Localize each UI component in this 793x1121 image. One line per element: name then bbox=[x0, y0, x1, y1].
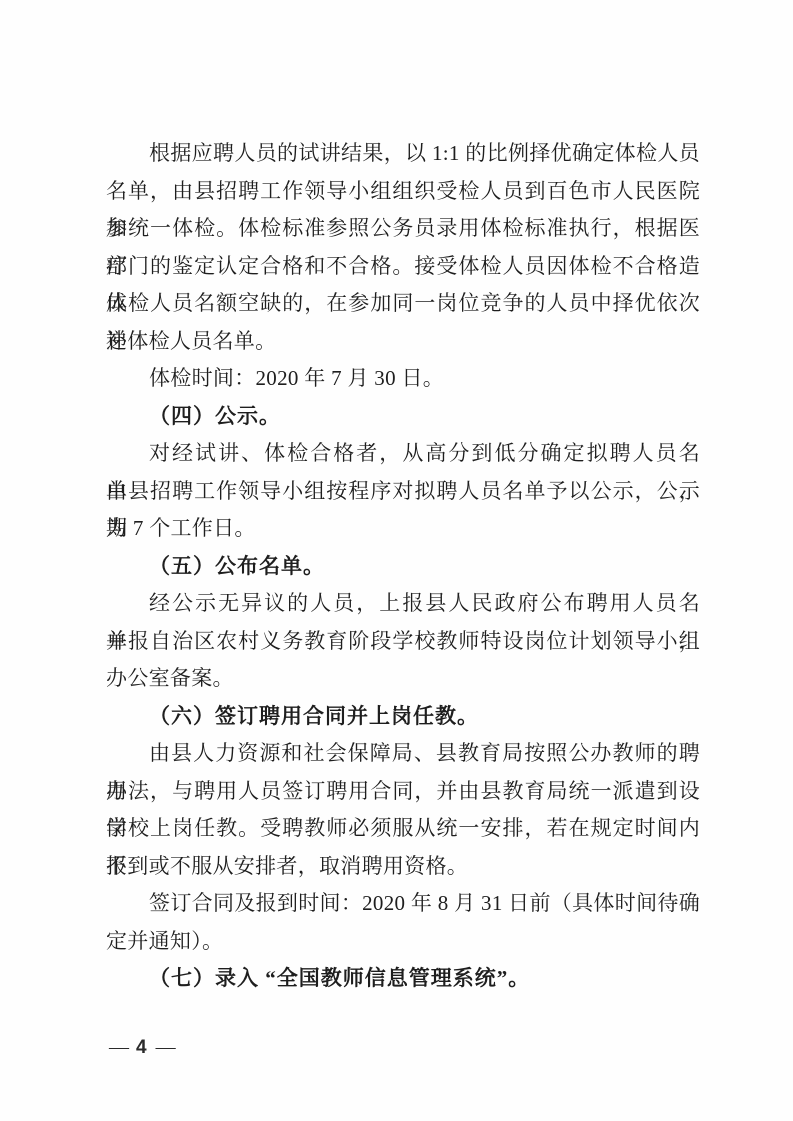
document-body: 根据应聘人员的试讲结果，以 1:1 的比例择优确定体检人员 名单，由县招聘工作领… bbox=[106, 135, 700, 998]
section-heading-5: （五）公布名单。 bbox=[106, 548, 700, 586]
section-heading-4: （四）公示。 bbox=[106, 398, 700, 436]
paragraph-line: 办公室备案。 bbox=[106, 660, 700, 698]
contract-time-line: 签订合同及报到时间：2020 年 8 月 31 日前（具体时间待确 bbox=[106, 885, 700, 923]
paragraph-line: 体检人员名额空缺的，在参加同一岗位竞争的人员中择优依次递 bbox=[106, 285, 700, 323]
paragraph-line: 定并通知）。 bbox=[106, 923, 700, 961]
paragraph-line: 由县招聘工作领导小组按程序对拟聘人员名单予以公示，公示期 bbox=[106, 473, 700, 511]
paragraph-line: 根据应聘人员的试讲结果，以 1:1 的比例择优确定体检人员 bbox=[106, 135, 700, 173]
exam-time-line: 体检时间：2020 年 7 月 30 日。 bbox=[106, 360, 700, 398]
paragraph-line: 为 7 个工作日。 bbox=[106, 510, 700, 548]
page-number-dash-right: — bbox=[156, 1036, 174, 1059]
paragraph-line: 经公示无异议的人员，上报县人民政府公布聘用人员名单， bbox=[106, 585, 700, 623]
section-heading-6: （六）签订聘用合同并上岗任教。 bbox=[106, 698, 700, 736]
page-number: — 4 — bbox=[109, 1036, 174, 1059]
paragraph-line: 补体检人员名单。 bbox=[106, 323, 700, 361]
paragraph-line: 并报自治区农村义务教育阶段学校教师特设岗位计划领导小组 bbox=[106, 623, 700, 661]
page-number-dash-left: — bbox=[109, 1036, 127, 1059]
paragraph-line: 办法，与聘用人员签订聘用合同，并由县教育局统一派遣到设岗 bbox=[106, 773, 700, 811]
paragraph-line: 加统一体检。体检标准参照公务员录用体检标准执行，根据医疗 bbox=[106, 210, 700, 248]
paragraph-line: 报到或不服从安排者，取消聘用资格。 bbox=[106, 848, 700, 886]
paragraph-line: 学校上岗任教。受聘教师必须服从统一安排，若在规定时间内不 bbox=[106, 810, 700, 848]
page-number-value: 4 bbox=[136, 1037, 147, 1059]
section-heading-7: （七）录入 “全国教师信息管理系统”。 bbox=[106, 960, 700, 998]
paragraph-line: 名单，由县招聘工作领导小组组织受检人员到百色市人民医院参 bbox=[106, 173, 700, 211]
paragraph-line: 部门的鉴定认定合格和不合格。接受体检人员因体检不合格造成 bbox=[106, 248, 700, 286]
paragraph-line: 由县人力资源和社会保障局、县教育局按照公办教师的聘用 bbox=[106, 735, 700, 773]
paragraph-line: 对经试讲、体检合格者，从高分到低分确定拟聘人员名单， bbox=[106, 435, 700, 473]
document-page: 根据应聘人员的试讲结果，以 1:1 的比例择优确定体检人员 名单，由县招聘工作领… bbox=[0, 0, 793, 1121]
